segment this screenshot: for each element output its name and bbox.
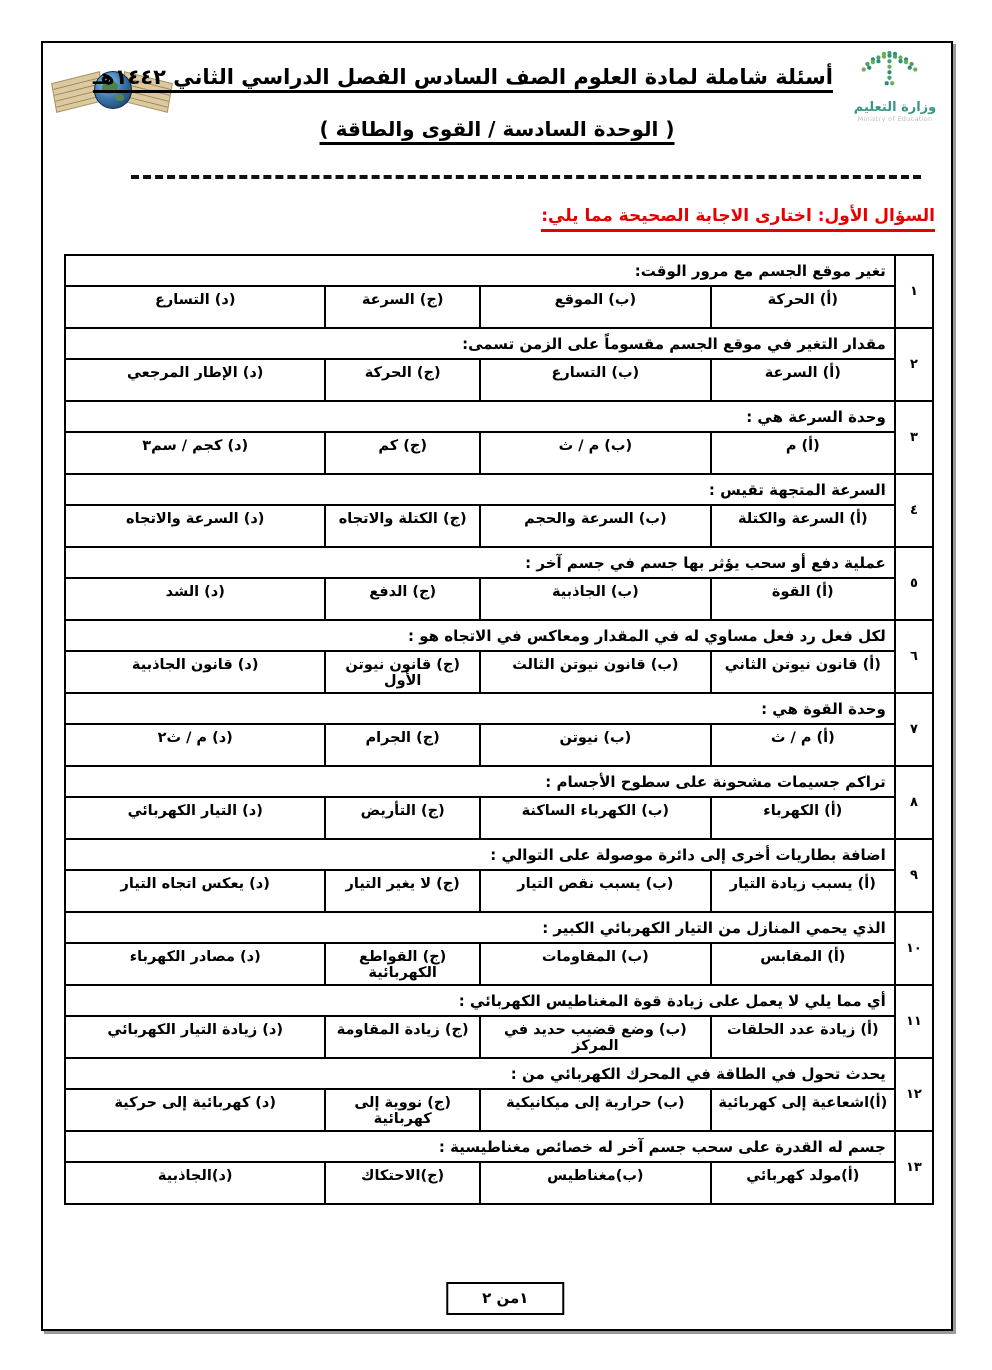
answers-row: (أ) القوة(ب) الجاذبية(ج) الدفع(د) الشد — [65, 578, 933, 620]
answers-row: (أ) يسبب زيادة التيار(ب) يسبب نقص التيار… — [65, 870, 933, 912]
option-a: (أ) م — [711, 432, 895, 474]
dashed-divider — [131, 175, 921, 179]
answers-row: (أ)اشعاعية إلى كهربائية(ب) حرارية إلى مي… — [65, 1089, 933, 1131]
question-number: ٨ — [895, 766, 933, 839]
question-text: وحدة السرعة هي : — [65, 401, 895, 432]
option-b: (ب) الجاذبية — [480, 578, 711, 620]
answers-row: (أ) قانون نيوتن الثاني(ب) قانون نيوتن ال… — [65, 651, 933, 693]
option-c: (ج) لا يغير التيار — [325, 870, 480, 912]
answers-row: (أ) زيادة عدد الحلقات(ب) وضع قضيب حديد ف… — [65, 1016, 933, 1058]
option-a: (أ) يسبب زيادة التيار — [711, 870, 895, 912]
page-border-frame: وزارة التعليم Ministry of Education أسئل… — [41, 41, 953, 1331]
option-d: (د) مصادر الكهرباء — [65, 943, 325, 985]
question-number: ١٢ — [895, 1058, 933, 1131]
option-a: (أ) السرعة — [711, 359, 895, 401]
question-text: تراكم جسيمات مشحونة على سطوح الأجسام : — [65, 766, 895, 797]
question-number: ٩ — [895, 839, 933, 912]
option-c: (ج) الدفع — [325, 578, 480, 620]
question-row: ٧وحدة القوة هي : — [65, 693, 933, 724]
question-number: ١ — [895, 255, 933, 328]
option-a: (أ) زيادة عدد الحلقات — [711, 1016, 895, 1058]
question-row: ٤السرعة المتجهة تقيس : — [65, 474, 933, 505]
answers-row: (أ) المقابس(ب) المقاومات(ج) القواطع الكه… — [65, 943, 933, 985]
option-d: (د) م / ث٢ — [65, 724, 325, 766]
question-text: لكل فعل رد فعل مساوي له في المقدار ومعاك… — [65, 620, 895, 651]
option-d: (د) الشد — [65, 578, 325, 620]
question-row: ١١أي مما يلي لا يعمل على زيادة قوة المغن… — [65, 985, 933, 1016]
option-a: (أ) المقابس — [711, 943, 895, 985]
option-a: (أ) الحركة — [711, 286, 895, 328]
question-text: أي مما يلي لا يعمل على زيادة قوة المغناط… — [65, 985, 895, 1016]
option-b: (ب) م / ث — [480, 432, 711, 474]
question-text: عملية دفع أو سحب يؤثر بها جسم في جسم آخر… — [65, 547, 895, 578]
option-c: (ج) الجرام — [325, 724, 480, 766]
option-d: (د) التسارع — [65, 286, 325, 328]
option-b: (ب) الكهرباء الساكنة — [480, 797, 711, 839]
question-row: ١٣جسم له القدرة على سحب جسم آخر له خصائص… — [65, 1131, 933, 1162]
option-b: (ب) المقاومات — [480, 943, 711, 985]
page-number-box: ١من ٢ — [446, 1282, 564, 1315]
question-row: ١٢يحدث تحول في الطاقة في المحرك الكهربائ… — [65, 1058, 933, 1089]
question-text: وحدة القوة هي : — [65, 693, 895, 724]
document-title: أسئلة شاملة لمادة العلوم الصف السادس الف… — [183, 65, 833, 89]
option-a: (أ) م / ث — [711, 724, 895, 766]
question-number: ١١ — [895, 985, 933, 1058]
question-text: مقدار التغير في موقع الجسم مقسوماً على ا… — [65, 328, 895, 359]
option-d: (د) الإطار المرجعي — [65, 359, 325, 401]
option-c: (ج) نووية إلى كهربائية — [325, 1089, 480, 1131]
question-number: ١٠ — [895, 912, 933, 985]
option-d: (د) زيادة التيار الكهربائي — [65, 1016, 325, 1058]
option-b: (ب) السرعة والحجم — [480, 505, 711, 547]
question-row: ١٠الذي يحمي المنازل من التيار الكهربائي … — [65, 912, 933, 943]
option-b: (ب) نيوتن — [480, 724, 711, 766]
palm-tree-dots-icon — [849, 49, 941, 101]
option-d: (د) يعكس اتجاه التيار — [65, 870, 325, 912]
option-d: (د) السرعة والاتجاه — [65, 505, 325, 547]
option-c: (ج) كم — [325, 432, 480, 474]
question-row: ١تغير موقع الجسم مع مرور الوقت: — [65, 255, 933, 286]
question-text: تغير موقع الجسم مع مرور الوقت: — [65, 255, 895, 286]
option-d: (د)الجاذبية — [65, 1162, 325, 1204]
option-b: (ب) حرارية إلى ميكانيكية — [480, 1089, 711, 1131]
section-heading: السؤال الأول: اختارى الاجابة الصحيحة مما… — [541, 206, 935, 232]
option-d: (د) التيار الكهربائي — [65, 797, 325, 839]
question-number: ٥ — [895, 547, 933, 620]
question-text: يحدث تحول في الطاقة في المحرك الكهربائي … — [65, 1058, 895, 1089]
document-page: { "page": { "title": "أسئلة شاملة لمادة … — [0, 0, 992, 1370]
question-number: ٤ — [895, 474, 933, 547]
question-number: ٦ — [895, 620, 933, 693]
ministry-name-arabic: وزارة التعليم — [845, 101, 945, 115]
option-a: (أ) السرعة والكتلة — [711, 505, 895, 547]
option-a: (أ) الكهرباء — [711, 797, 895, 839]
option-c: (ج)الاحتكاك — [325, 1162, 480, 1204]
option-b: (ب) وضع قضيب حديد في المركز — [480, 1016, 711, 1058]
option-b: (ب) الموقع — [480, 286, 711, 328]
option-a: (أ) القوة — [711, 578, 895, 620]
option-b: (ب) قانون نيوتن الثالث — [480, 651, 711, 693]
question-row: ٩اضافة بطاريات أخرى إلى دائرة موصولة على… — [65, 839, 933, 870]
question-text: الذي يحمي المنازل من التيار الكهربائي ال… — [65, 912, 895, 943]
question-row: ٣وحدة السرعة هي : — [65, 401, 933, 432]
questions-table: ١تغير موقع الجسم مع مرور الوقت:(أ) الحرك… — [64, 254, 934, 1205]
question-row: ٨تراكم جسيمات مشحونة على سطوح الأجسام : — [65, 766, 933, 797]
option-c: (ج) قانون نيوتن الأول — [325, 651, 480, 693]
option-a: (أ) قانون نيوتن الثاني — [711, 651, 895, 693]
option-c: (ج) زيادة المقاومة — [325, 1016, 480, 1058]
answers-row: (أ) الحركة(ب) الموقع(ج) السرعة(د) التسار… — [65, 286, 933, 328]
question-number: ١٣ — [895, 1131, 933, 1204]
answers-row: (أ) السرعة والكتلة(ب) السرعة والحجم(ج) ا… — [65, 505, 933, 547]
question-number: ٧ — [895, 693, 933, 766]
option-a: (أ)مولد كهربائي — [711, 1162, 895, 1204]
answers-row: (أ) الكهرباء(ب) الكهرباء الساكنة(ج) التأ… — [65, 797, 933, 839]
option-b: (ب) يسبب نقص التيار — [480, 870, 711, 912]
question-row: ٦لكل فعل رد فعل مساوي له في المقدار ومعا… — [65, 620, 933, 651]
question-text: جسم له القدرة على سحب جسم آخر له خصائص م… — [65, 1131, 895, 1162]
option-b: (ب) التسارع — [480, 359, 711, 401]
question-row: ٥عملية دفع أو سحب يؤثر بها جسم في جسم آخ… — [65, 547, 933, 578]
question-row: ٢مقدار التغير في موقع الجسم مقسوماً على … — [65, 328, 933, 359]
option-c: (ج) التأريض — [325, 797, 480, 839]
option-c: (ج) الكتلة والاتجاه — [325, 505, 480, 547]
option-d: (د) قانون الجاذبية — [65, 651, 325, 693]
option-d: (د) كجم / سم٣ — [65, 432, 325, 474]
question-number: ٣ — [895, 401, 933, 474]
document-subtitle: ( الوحدة السادسة / القوى والطاقة ) — [43, 117, 951, 141]
answers-row: (أ)مولد كهربائي(ب)مغناطيس(ج)الاحتكاك(د)ا… — [65, 1162, 933, 1204]
question-text: اضافة بطاريات أخرى إلى دائرة موصولة على … — [65, 839, 895, 870]
answers-row: (أ) م / ث(ب) نيوتن(ج) الجرام(د) م / ث٢ — [65, 724, 933, 766]
answers-row: (أ) السرعة(ب) التسارع(ج) الحركة(د) الإطا… — [65, 359, 933, 401]
option-a: (أ)اشعاعية إلى كهربائية — [711, 1089, 895, 1131]
option-b: (ب)مغناطيس — [480, 1162, 711, 1204]
option-c: (ج) السرعة — [325, 286, 480, 328]
questions-table-body: ١تغير موقع الجسم مع مرور الوقت:(أ) الحرك… — [65, 255, 933, 1204]
option-d: (د) كهربائية إلى حركية — [65, 1089, 325, 1131]
question-text: السرعة المتجهة تقيس : — [65, 474, 895, 505]
option-c: (ج) الحركة — [325, 359, 480, 401]
answers-row: (أ) م(ب) م / ث(ج) كم(د) كجم / سم٣ — [65, 432, 933, 474]
question-number: ٢ — [895, 328, 933, 401]
option-c: (ج) القواطع الكهربائية — [325, 943, 480, 985]
